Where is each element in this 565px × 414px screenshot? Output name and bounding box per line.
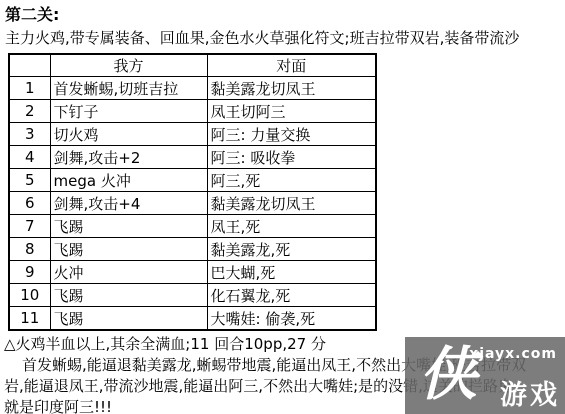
turn-number: 3: [9, 123, 50, 146]
battle-log-table: 我方 对面 1 首发蜥蜴,切班吉拉 黏美露龙切凤王 2 下钉子 凤王切阿三 3 …: [8, 53, 377, 331]
turn-number: 4: [9, 146, 50, 169]
ours-cell: 剑舞,攻击+2: [50, 146, 207, 169]
ours-cell: 首发蜥蜴,切班吉拉: [50, 77, 207, 100]
ours-cell: 飞踢: [50, 215, 207, 238]
theirs-cell: 巴大蝴,死: [207, 261, 376, 284]
theirs-cell: 阿三: 力量交换: [207, 123, 376, 146]
turn-number: 2: [9, 100, 50, 123]
col-header-theirs: 对面: [207, 54, 376, 77]
turn-number: 10: [9, 284, 50, 307]
table-row: 11 飞踢 大嘴娃: 偷袭,死: [9, 307, 376, 331]
table-row: 10 飞踢 化石翼龙,死: [9, 284, 376, 307]
theirs-cell: 黏美露龙,死: [207, 238, 376, 261]
watermark-logo-icon: 侠: [419, 343, 477, 405]
turn-number: 11: [9, 307, 50, 331]
table-row: 9 火冲 巴大蝴,死: [9, 261, 376, 284]
page-title: 第二关:: [0, 0, 565, 25]
theirs-cell: 黏美露龙切凤王: [207, 77, 376, 100]
ours-cell: 火冲: [50, 261, 207, 284]
turn-number: 1: [9, 77, 50, 100]
col-header-turn: [9, 54, 50, 77]
theirs-cell: 大嘴娃: 偷袭,死: [207, 307, 376, 331]
ours-cell: 飞踢: [50, 307, 207, 331]
theirs-cell: 化石翼龙,死: [207, 284, 376, 307]
col-header-ours: 我方: [50, 54, 207, 77]
turn-number: 5: [9, 169, 50, 192]
watermark-site-url: xjayx.com: [469, 346, 557, 362]
theirs-cell: 凤王切阿三: [207, 100, 376, 123]
table-row: 4 剑舞,攻击+2 阿三: 吸收拳: [9, 146, 376, 169]
site-watermark: xjayx.com 侠 游戏: [405, 337, 565, 414]
table-row: 7 飞踢 凤王,死: [9, 215, 376, 238]
page-subtitle: 主力火鸡,带专属装备、回血果,金色水火草强化符文;班吉拉带双岩,装备带流沙: [0, 25, 565, 48]
table-row: 8 飞踢 黏美露龙,死: [9, 238, 376, 261]
ours-cell: 飞踢: [50, 284, 207, 307]
watermark-logo-text: 游戏: [500, 381, 560, 411]
ours-cell: 飞踢: [50, 238, 207, 261]
table-row: 6 剑舞,攻击+4 黏美露龙切凤王: [9, 192, 376, 215]
turn-number: 9: [9, 261, 50, 284]
theirs-cell: 阿三: 吸收拳: [207, 146, 376, 169]
table-row: 3 切火鸡 阿三: 力量交换: [9, 123, 376, 146]
ours-cell: 切火鸡: [50, 123, 207, 146]
turn-number: 6: [9, 192, 50, 215]
turn-number: 7: [9, 215, 50, 238]
theirs-cell: 凤王,死: [207, 215, 376, 238]
ours-cell: 剑舞,攻击+4: [50, 192, 207, 215]
table-row: 1 首发蜥蜴,切班吉拉 黏美露龙切凤王: [9, 77, 376, 100]
theirs-cell: 阿三,死: [207, 169, 376, 192]
table-header-row: 我方 对面: [9, 54, 376, 77]
ours-cell: mega 火冲: [50, 169, 207, 192]
theirs-cell: 黏美露龙切凤王: [207, 192, 376, 215]
turn-number: 8: [9, 238, 50, 261]
table-row: 5 mega 火冲 阿三,死: [9, 169, 376, 192]
table-row: 2 下钉子 凤王切阿三: [9, 100, 376, 123]
ours-cell: 下钉子: [50, 100, 207, 123]
